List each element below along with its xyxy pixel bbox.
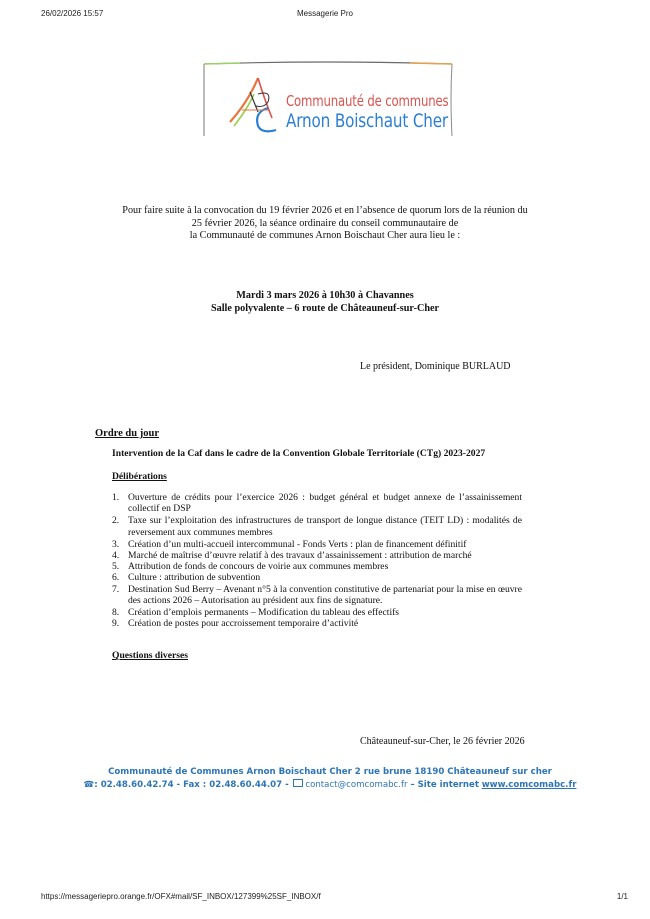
- deliberation-item: 2.Taxe sur l’exploitation des infrastruc…: [112, 515, 522, 537]
- item-text: Attribution de fonds de concours de voir…: [128, 561, 388, 572]
- meeting-date-place: Mardi 3 mars 2026 à 10h30 à Chavannes: [80, 290, 570, 303]
- item-text: Création d’un multi-accueil intercommuna…: [128, 539, 466, 550]
- item-number: 6.: [112, 572, 119, 583]
- questions-diverses-title: Questions diverses: [112, 650, 188, 661]
- item-number: 9.: [112, 618, 119, 629]
- caf-intervention-item: Intervention de la Caf dans le cadre de …: [112, 448, 485, 459]
- item-number: 8.: [112, 607, 119, 618]
- item-text: Ouverture de crédits pour l’exercice 202…: [128, 492, 522, 514]
- item-text: Taxe sur l’exploitation des infrastructu…: [128, 515, 522, 537]
- footer-contact-line: ☎: 02.48.60.42.74 - Fax : 02.48.60.44.07…: [70, 779, 590, 792]
- letterhead-footer: Communauté de Communes Arnon Boischaut C…: [70, 766, 590, 791]
- place-date: Châteauneuf-sur-Cher, le 26 février 2026: [360, 736, 525, 747]
- item-number: 1.: [112, 492, 119, 503]
- deliberations-title: Délibérations: [112, 471, 167, 482]
- item-number: 5.: [112, 561, 119, 572]
- agenda-title: Ordre du jour: [95, 428, 159, 439]
- deliberation-item: 1.Ouverture de crédits pour l’exercice 2…: [112, 492, 522, 514]
- president-signature: Le président, Dominique BURLAUD: [360, 361, 511, 372]
- logo: Communauté de communes Arnon Boischaut C…: [200, 58, 456, 136]
- meeting-details: Mardi 3 mars 2026 à 10h30 à Chavannes Sa…: [80, 290, 570, 315]
- abc-logo-mark-icon: [228, 72, 288, 134]
- deliberation-item: 6.Culture : attribution de subvention: [112, 572, 522, 583]
- intro-line-2: 25 février 2026, la séance ordinaire du …: [80, 218, 570, 231]
- deliberation-item: 8.Création d’emplois permanents – Modifi…: [112, 607, 522, 618]
- item-number: 7.: [112, 584, 119, 595]
- print-title: Messagerie Pro: [0, 9, 650, 18]
- logo-text-line1: Communauté de communes: [286, 92, 448, 110]
- deliberation-item: 3.Création d’un multi-accueil intercommu…: [112, 539, 522, 550]
- item-number: 4.: [112, 550, 119, 561]
- item-number: 2.: [112, 515, 119, 526]
- phone-icon: ☎: [84, 780, 95, 790]
- print-url: https://messageriepro.orange.fr/OFX#mail…: [41, 892, 321, 901]
- mail-icon: [293, 779, 303, 787]
- intro-line-3: la Communauté de communes Arnon Boischau…: [80, 230, 570, 243]
- deliberations-list: 1.Ouverture de crédits pour l’exercice 2…: [112, 492, 522, 629]
- item-text: Création de postes pour accroissement te…: [128, 618, 358, 629]
- item-number: 3.: [112, 539, 119, 550]
- footer-phone-fax: : 02.48.60.42.74 - Fax : 02.48.60.44.07 …: [94, 780, 288, 790]
- item-text: Création d’emplois permanents – Modifica…: [128, 607, 399, 618]
- footer-email-link[interactable]: contact@comcomabc.fr: [305, 780, 407, 790]
- deliberation-item: 7.Destination Sud Berry – Avenant n°5 à …: [112, 584, 522, 606]
- intro-paragraph: Pour faire suite à la convocation du 19 …: [80, 205, 570, 243]
- intro-line-1: Pour faire suite à la convocation du 19 …: [80, 205, 570, 218]
- footer-address: Communauté de Communes Arnon Boischaut C…: [70, 766, 590, 779]
- item-text: Culture : attribution de subvention: [128, 572, 260, 583]
- deliberation-item: 9.Création de postes pour accroissement …: [112, 618, 522, 629]
- item-text: Destination Sud Berry – Avenant n°5 à la…: [128, 584, 522, 606]
- footer-website-link[interactable]: www.comcomabc.fr: [482, 780, 577, 790]
- item-text: Marché de maîtrise d’œuvre relatif à des…: [128, 550, 472, 561]
- footer-site-label: – Site internet: [410, 780, 479, 790]
- deliberation-item: 4.Marché de maîtrise d’œuvre relatif à d…: [112, 550, 522, 561]
- page-count: 1/1: [617, 892, 628, 901]
- meeting-venue: Salle polyvalente – 6 route de Châteaune…: [80, 303, 570, 316]
- deliberation-item: 5.Attribution de fonds de concours de vo…: [112, 561, 522, 572]
- logo-text-line2: Arnon Boischaut Cher: [286, 110, 448, 132]
